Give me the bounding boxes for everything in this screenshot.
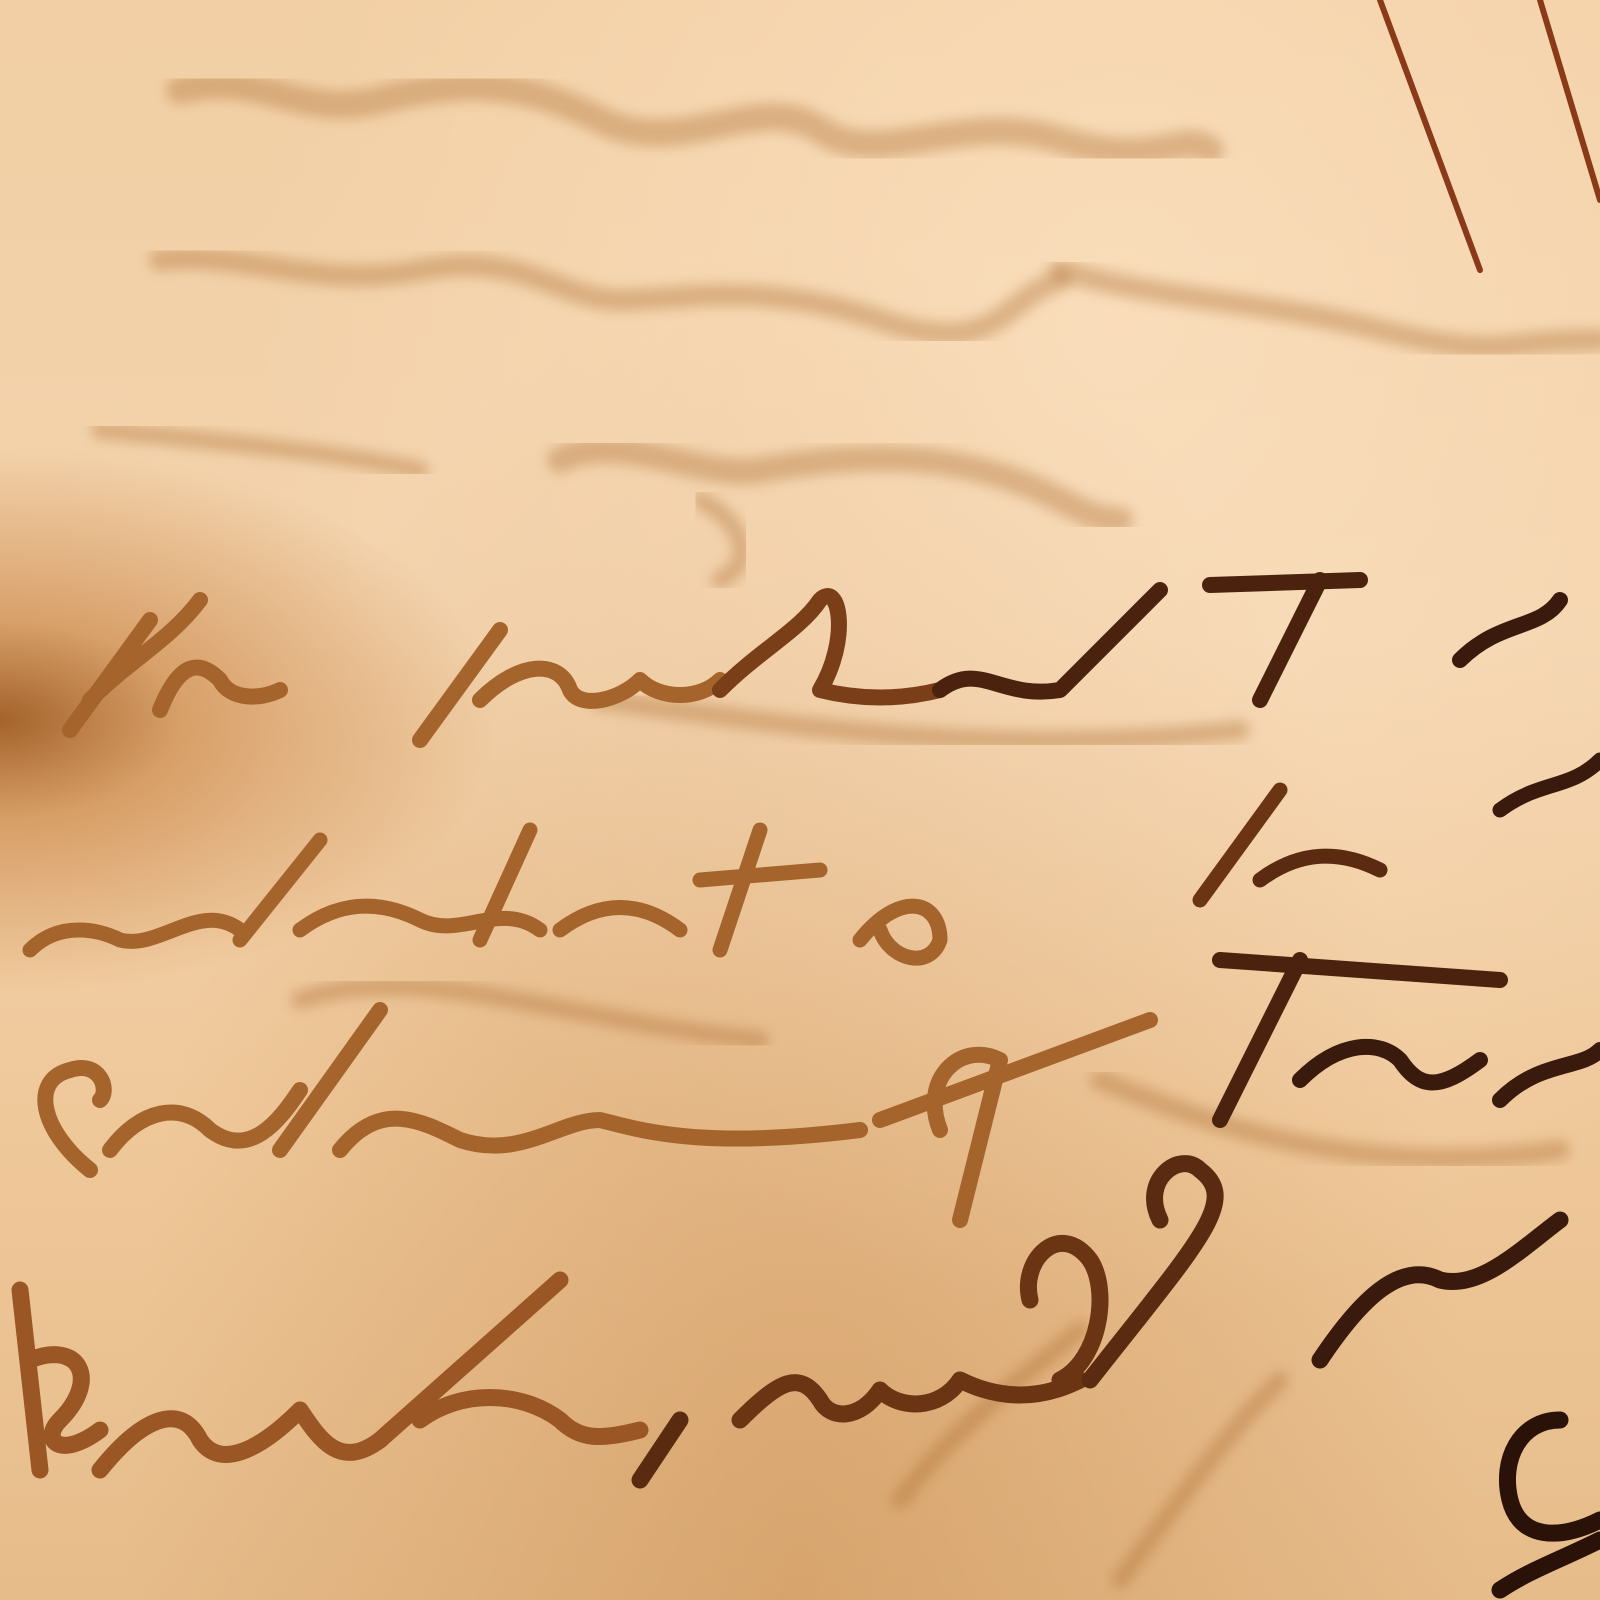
- ink-specks: [1380, 0, 1600, 270]
- handwriting: [0, 0, 1600, 1600]
- line-cashier-of-the: [45, 960, 1600, 1220]
- line-bank-and: [20, 1164, 1600, 1590]
- line-respects-to: [30, 760, 1600, 958]
- line-the-president: [70, 580, 1560, 740]
- document-photo: The president w respects to Mr cashier o…: [0, 0, 1600, 1600]
